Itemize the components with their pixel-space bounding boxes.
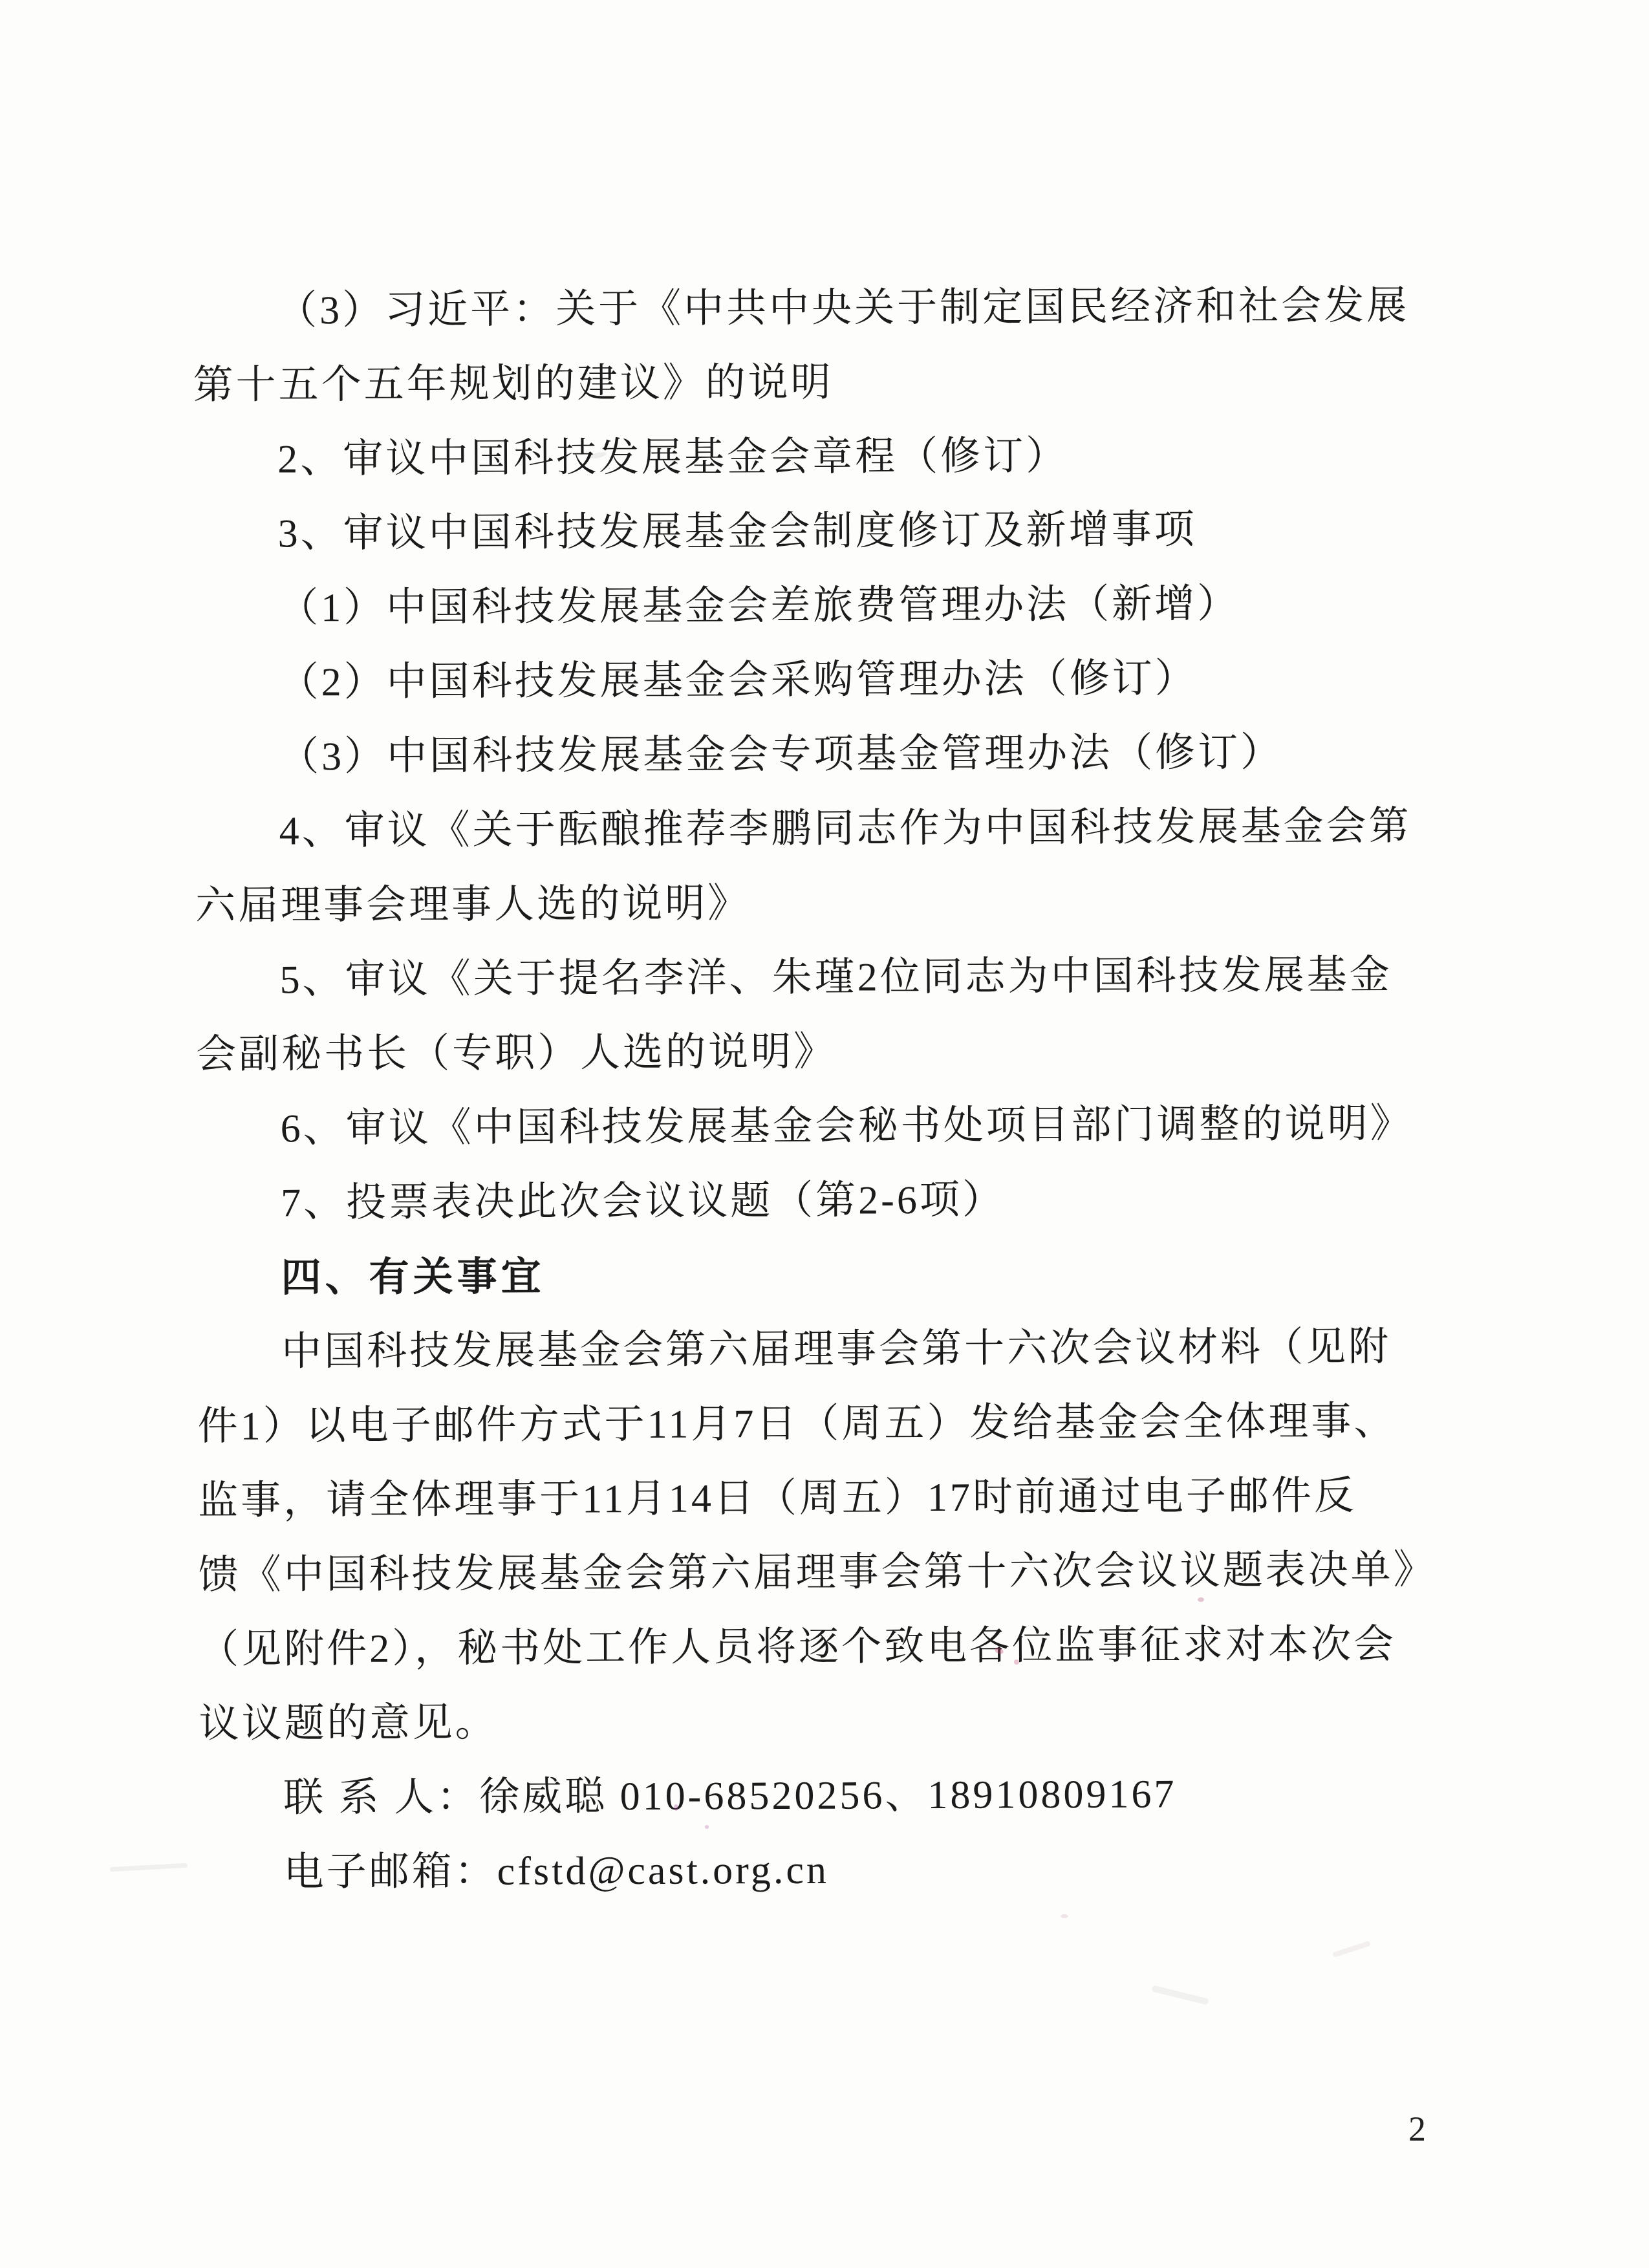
document-line: 2、审议中国科技发展基金会章程（修订） bbox=[193, 417, 1493, 497]
document-line: 件1）以电子邮件方式于11月7日（周五）发给基金会全体理事、 bbox=[198, 1384, 1498, 1464]
scan-artifact bbox=[1151, 1985, 1209, 2005]
document-line: 六届理事会理事人选的说明》 bbox=[195, 863, 1495, 944]
document-line: 第十五个五年规划的建议》的说明 bbox=[193, 343, 1493, 423]
document-line: （3）中国科技发展基金会专项基金管理办法（修订） bbox=[195, 715, 1494, 795]
document-line: 5、审议《关于提名李洋、朱瑾2位同志为中国科技发展基金 bbox=[196, 938, 1496, 1018]
document-line: 联 系 人：徐威聪 010-68520256、18910809167 bbox=[199, 1756, 1499, 1836]
document-line: （2）中国科技发展基金会采购管理办法（修订） bbox=[195, 640, 1494, 720]
document-line: 中国科技发展基金会第六届理事会第十六次会议材料（见附 bbox=[197, 1310, 1497, 1390]
document-line: （1）中国科技发展基金会差旅费管理办法（新增） bbox=[194, 566, 1494, 646]
scan-artifact bbox=[110, 1863, 188, 1872]
document-line: 会副秘书长（专职）人选的说明》 bbox=[196, 1012, 1496, 1092]
document-line: 7、投票表决此次会议议题（第2-6项） bbox=[197, 1161, 1496, 1241]
document-line: （见附件2），秘书处工作人员将逐个致电各位监事征求对本次会 bbox=[199, 1607, 1498, 1687]
document-line: 电子邮箱：cfstd@cast.org.cn bbox=[200, 1830, 1500, 1910]
document-line: 监事，请全体理事于11月14日（周五）17时前通过电子邮件反 bbox=[198, 1458, 1498, 1539]
document-line: 6、审议《中国科技发展基金会秘书处项目部门调整的说明》 bbox=[197, 1086, 1496, 1167]
document-line: 馈《中国科技发展基金会第六届理事会第十六次会议议题表决单》 bbox=[199, 1533, 1498, 1613]
section-heading: 四、有关事宜 bbox=[197, 1235, 1497, 1315]
document-line: 议议题的意见。 bbox=[199, 1681, 1499, 1762]
scan-artifact bbox=[1061, 1914, 1068, 1918]
scan-artifact bbox=[1332, 1941, 1371, 1958]
document-body: （3）习近平：关于《中共中央关于制定国民经济和社会发展第十五个五年规划的建议》的… bbox=[193, 268, 1500, 1910]
document-line: 4、审议《关于酝酿推荐李鹏同志作为中国科技发展基金会第 bbox=[195, 789, 1495, 869]
document-line: 3、审议中国科技发展基金会制度修订及新增事项 bbox=[194, 491, 1494, 572]
page-number: 2 bbox=[1408, 2110, 1426, 2148]
document-line: （3）习近平：关于《中共中央关于制定国民经济和社会发展 bbox=[193, 268, 1493, 349]
